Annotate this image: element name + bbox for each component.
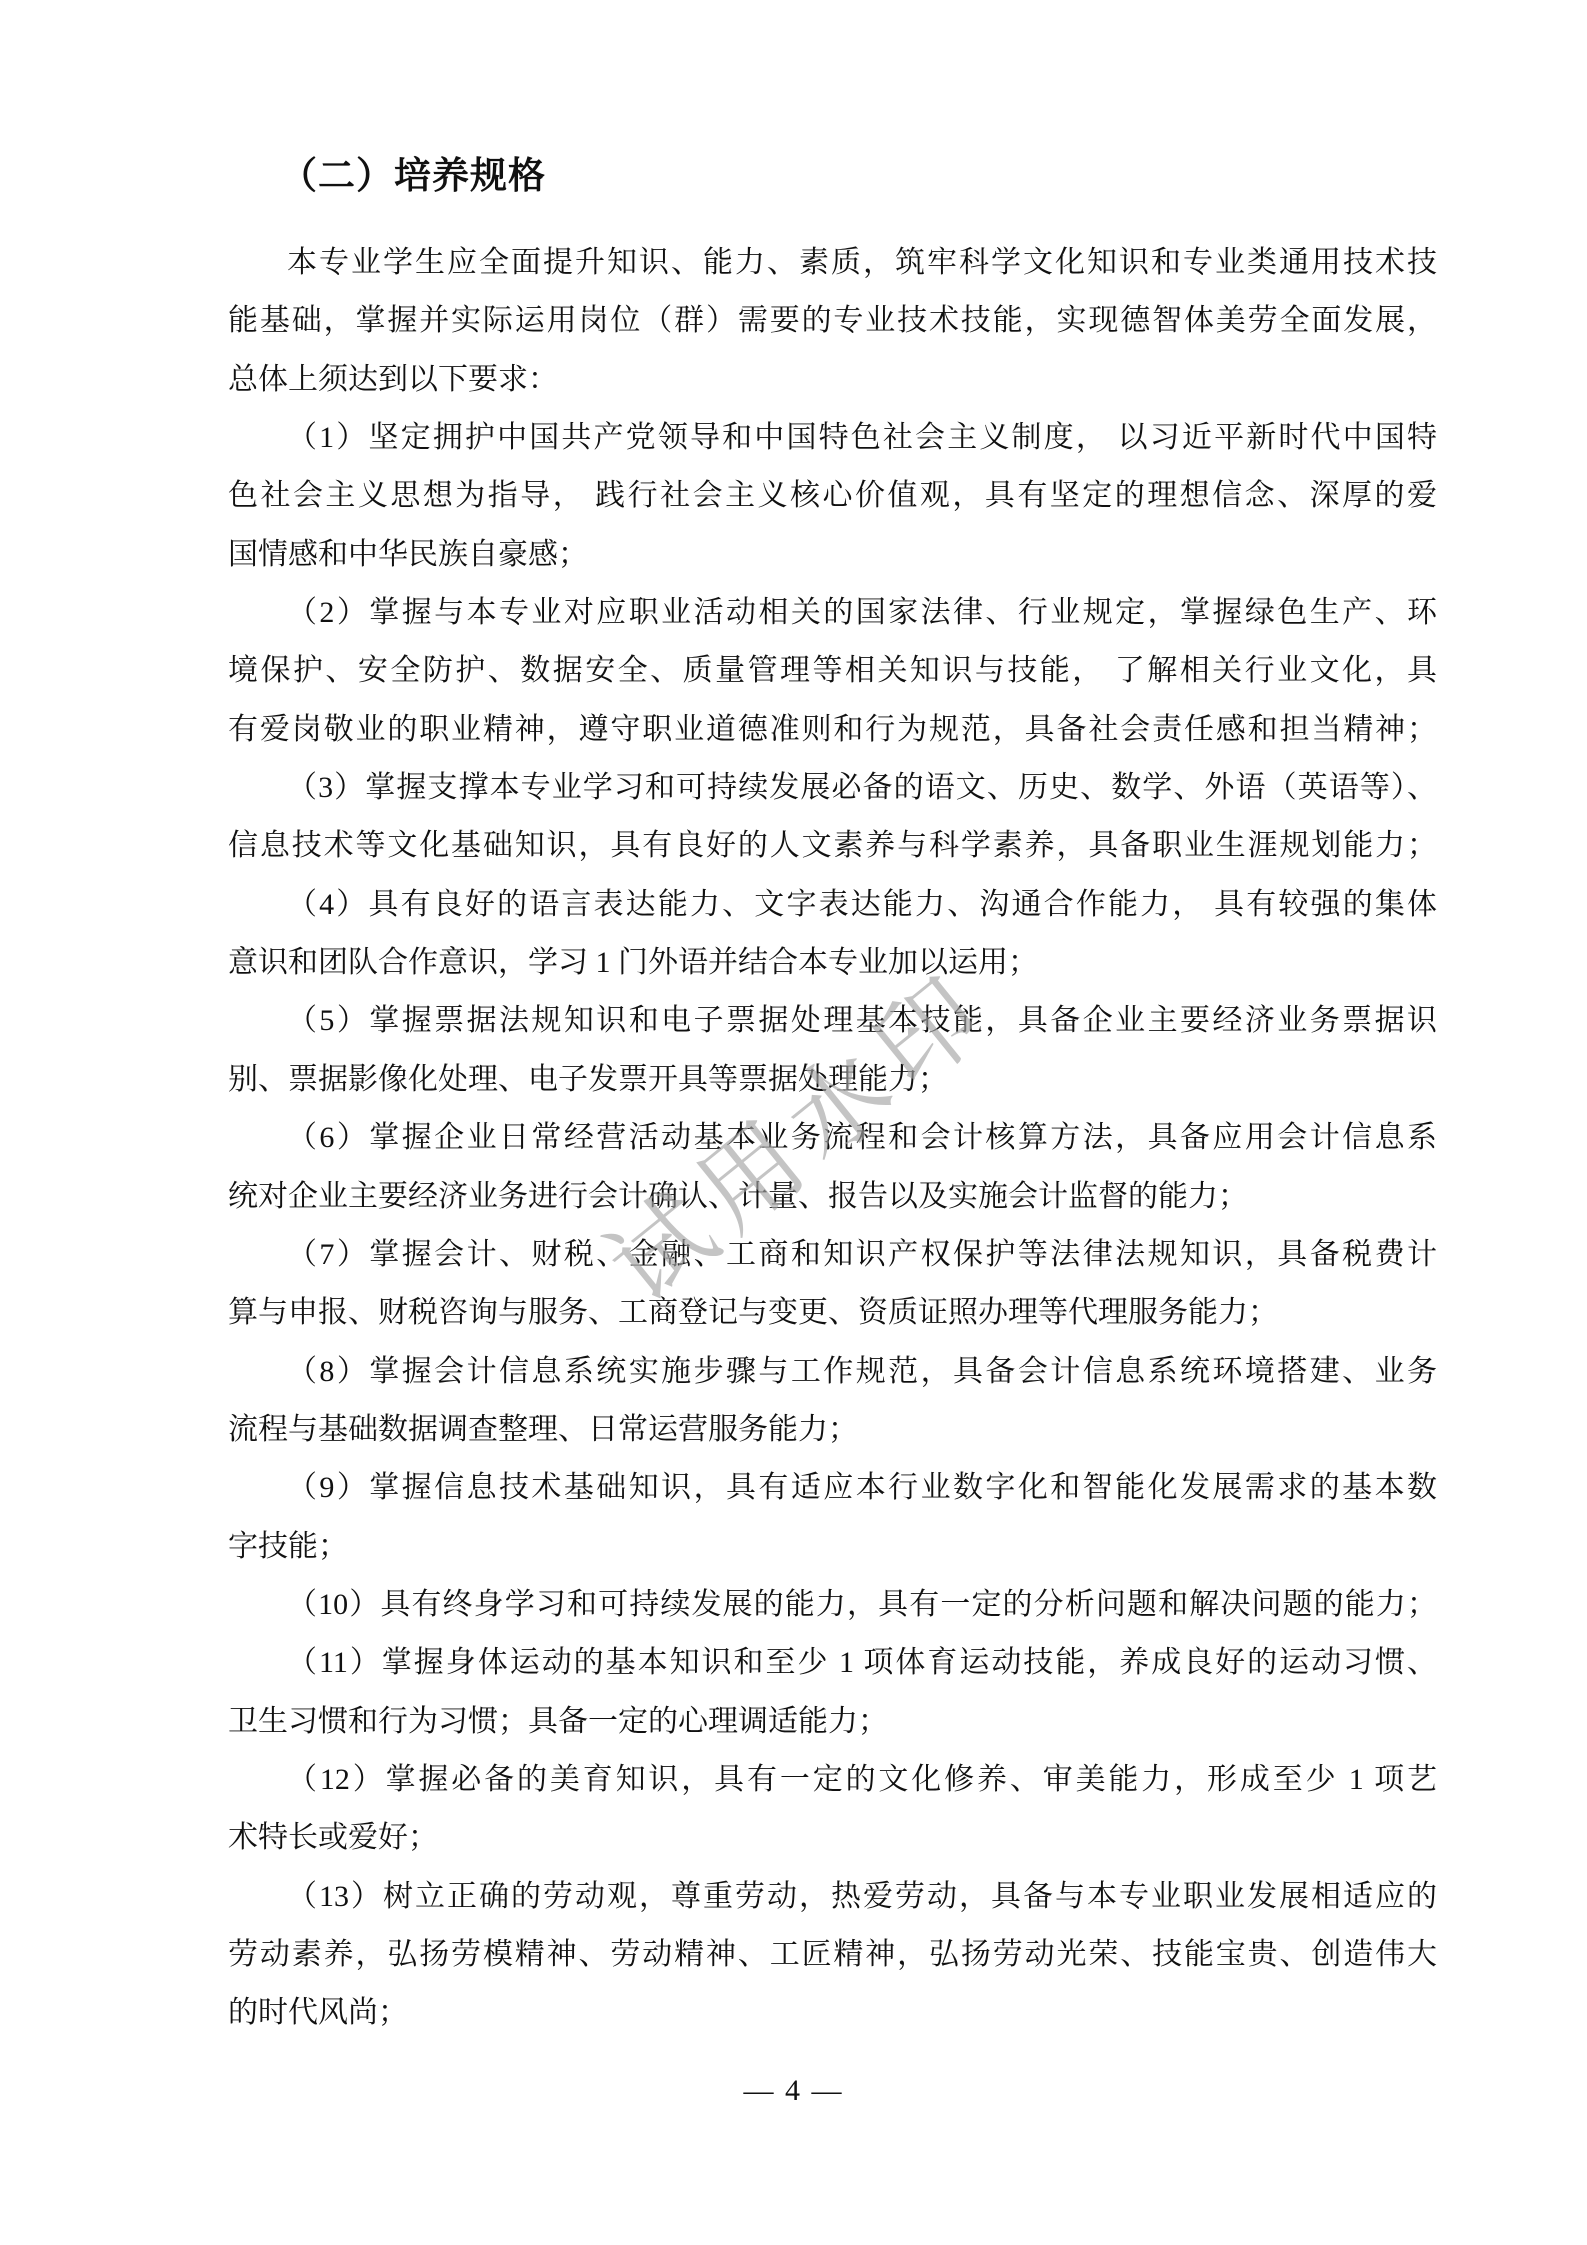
text-line: （8）掌握会计信息系统实施步骤与工作规范，具备会计信息系统环境搭建、业务	[228, 1343, 1437, 1401]
text-line: 国情感和中华民族自豪感；	[228, 526, 1437, 584]
text-line: （10）具有终身学习和可持续发展的能力，具有一定的分析问题和解决问题的能力；	[228, 1576, 1437, 1634]
text-line: 色社会主义思想为指导， 践行社会主义核心价值观，具有坚定的理想信念、深厚的爱	[228, 467, 1437, 525]
text-line: （9）掌握信息技术基础知识，具有适应本行业数字化和智能化发展需求的基本数	[228, 1459, 1437, 1517]
text-line: 字技能；	[228, 1518, 1437, 1576]
section-heading: （二）培养规格	[280, 152, 546, 200]
text-line: （12）掌握必备的美育知识，具有一定的文化修养、审美能力，形成至少 1 项艺	[228, 1751, 1437, 1809]
text-line: 的时代风尚；	[228, 1984, 1437, 2042]
text-line: （13）树立正确的劳动观，尊重劳动，热爱劳动，具备与本专业职业发展相适应的	[228, 1868, 1437, 1926]
text-line: 卫生习惯和行为习惯；具备一定的心理调适能力；	[228, 1693, 1437, 1751]
text-line: （2）掌握与本专业对应职业活动相关的国家法律、行业规定，掌握绿色生产、环	[228, 584, 1437, 642]
text-line: （7）掌握会计、财税、金融、工商和知识产权保护等法律法规知识，具备税费计	[228, 1226, 1437, 1284]
text-line: 别、票据影像化处理、电子发票开具等票据处理能力；	[228, 1051, 1437, 1109]
text-line: 统对企业主要经济业务进行会计确认、计量、报告以及实施会计监督的能力；	[228, 1168, 1437, 1226]
text-line: 境保护、安全防护、数据安全、质量管理等相关知识与技能， 了解相关行业文化，具	[228, 642, 1437, 700]
text-line: （4）具有良好的语言表达能力、文字表达能力、沟通合作能力， 具有较强的集体	[228, 876, 1437, 934]
text-line: 术特长或爱好；	[228, 1809, 1437, 1867]
text-line: （6）掌握企业日常经营活动基本业务流程和会计核算方法，具备应用会计信息系	[228, 1109, 1437, 1167]
text-line: （11）掌握身体运动的基本知识和至少 1 项体育运动技能，养成良好的运动习惯、	[228, 1634, 1437, 1692]
text-line: 本专业学生应全面提升知识、能力、素质，筑牢科学文化知识和专业类通用技术技	[228, 234, 1437, 292]
document-body: 本专业学生应全面提升知识、能力、素质，筑牢科学文化知识和专业类通用技术技能基础，…	[228, 234, 1437, 2043]
text-line: 有爱岗敬业的职业精神，遵守职业道德准则和行为规范，具备社会责任感和担当精神；	[228, 701, 1437, 759]
text-line: 总体上须达到以下要求：	[228, 351, 1437, 409]
text-line: 能基础，掌握并实际运用岗位（群）需要的专业技术技能，实现德智体美劳全面发展，	[228, 292, 1437, 350]
text-line: 流程与基础数据调查整理、日常运营服务能力；	[228, 1401, 1437, 1459]
text-line: 劳动素养，弘扬劳模精神、劳动精神、工匠精神，弘扬劳动光荣、技能宝贵、创造伟大	[228, 1926, 1437, 1984]
text-line: （5）掌握票据法规知识和电子票据处理基本技能，具备企业主要经济业务票据识	[228, 992, 1437, 1050]
document-page: （二）培养规格 本专业学生应全面提升知识、能力、素质，筑牢科学文化知识和专业类通…	[0, 0, 1587, 2245]
text-line: 信息技术等文化基础知识，具有良好的人文素养与科学素养，具备职业生涯规划能力；	[228, 817, 1437, 875]
text-line: 意识和团队合作意识，学习 1 门外语并结合本专业加以运用；	[228, 934, 1437, 992]
text-line: 算与申报、财税咨询与服务、工商登记与变更、资质证照办理等代理服务能力；	[228, 1284, 1437, 1342]
text-line: （1）坚定拥护中国共产党领导和中国特色社会主义制度， 以习近平新时代中国特	[228, 409, 1437, 467]
text-line: （3）掌握支撑本专业学习和可持续发展必备的语文、历史、数学、外语（英语等）、	[228, 759, 1437, 817]
page-number: — 4 —	[0, 2062, 1587, 2120]
